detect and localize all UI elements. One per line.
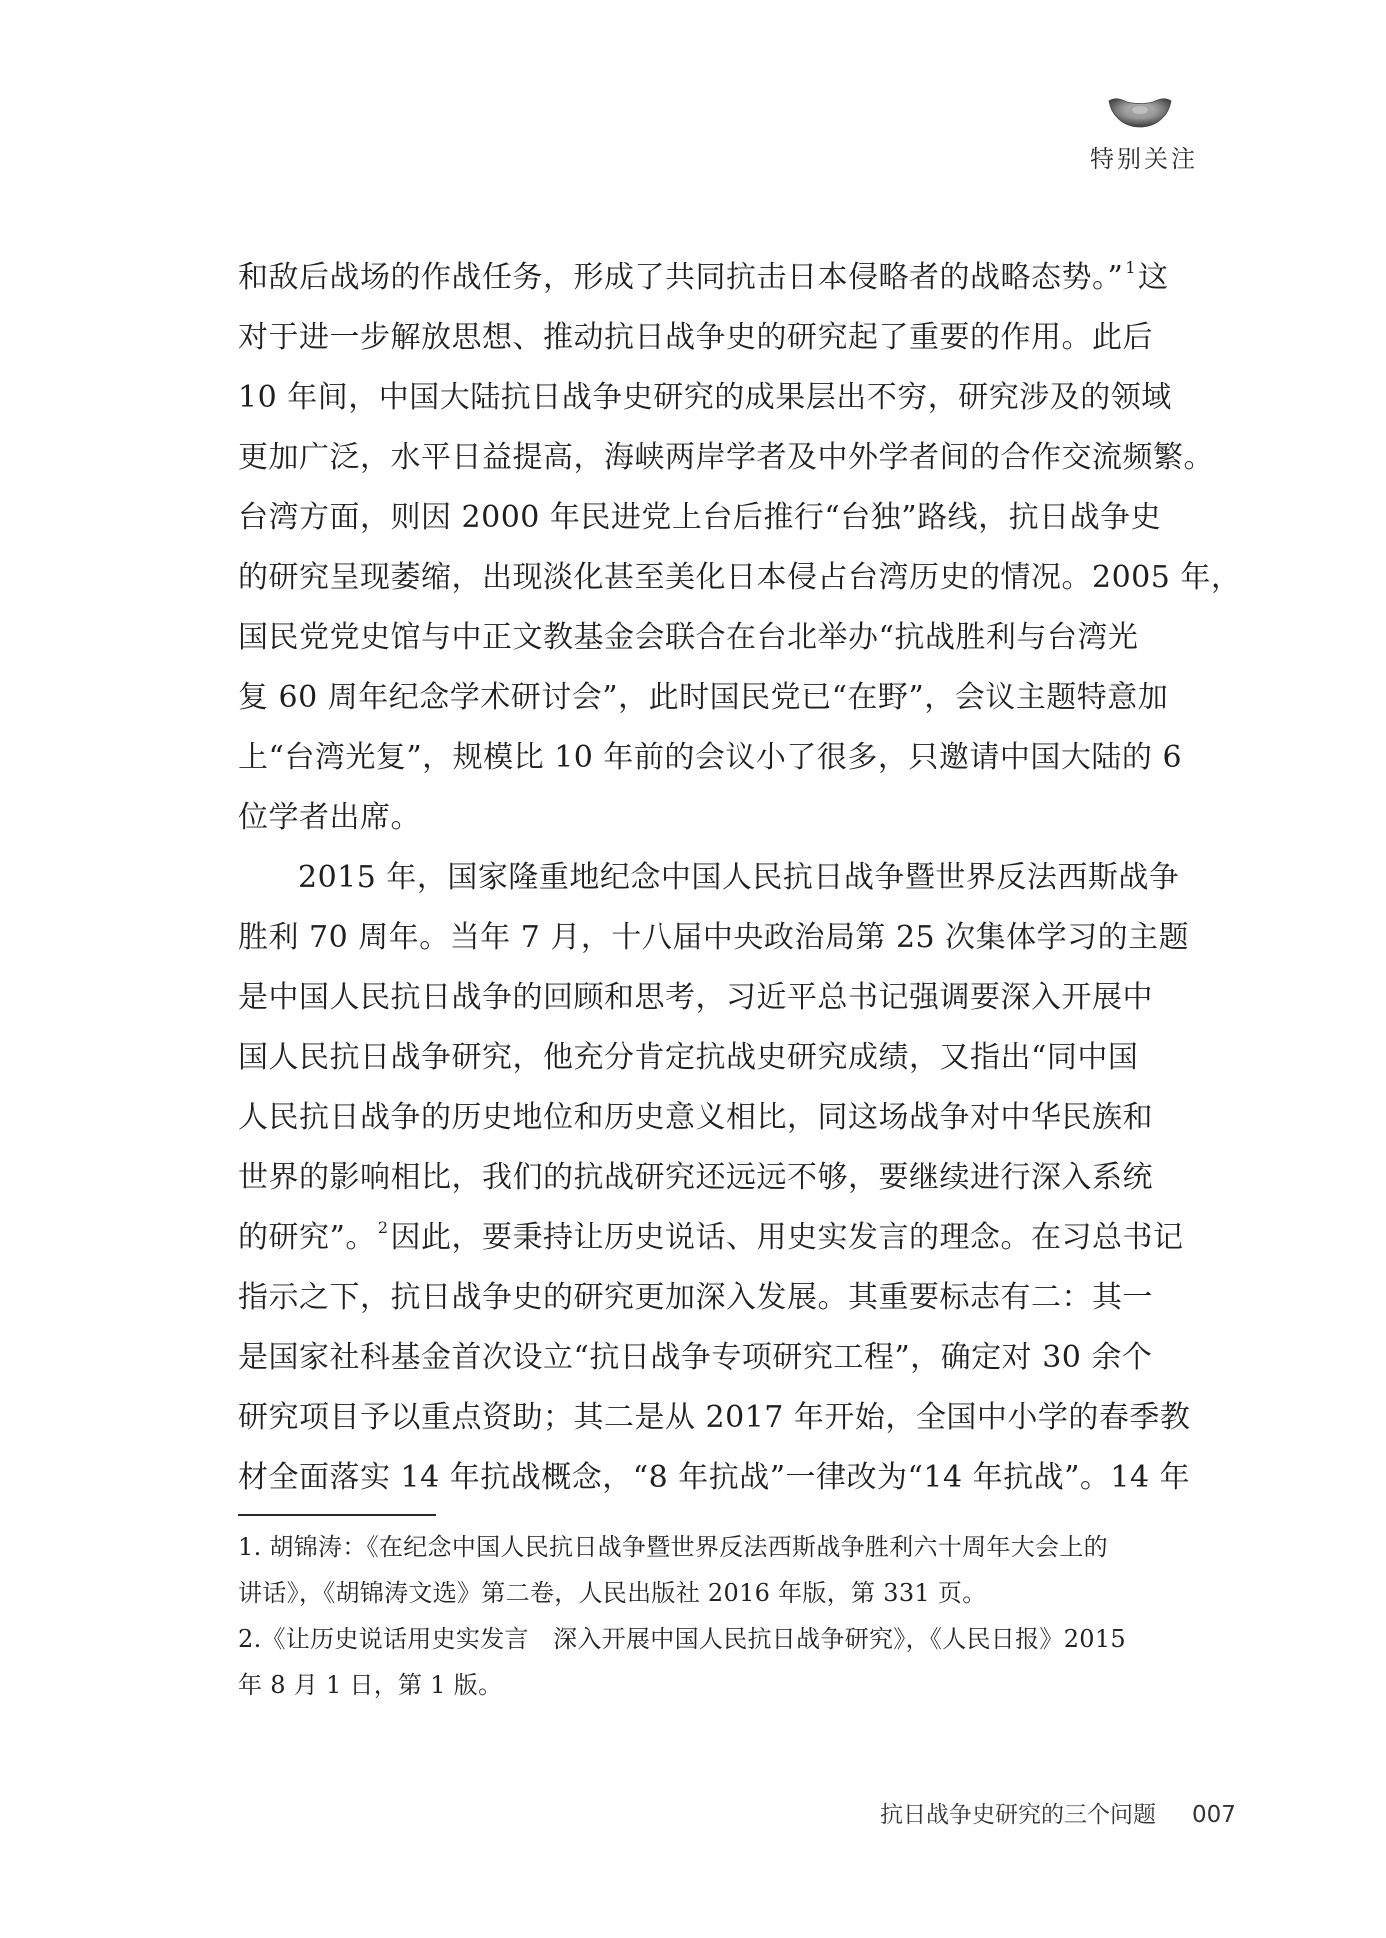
line-text: 这 <box>1138 260 1169 295</box>
text-line: 国民党党史馆与中正文教基金会联合在台北举办“抗战胜利与台湾光 <box>238 608 1168 668</box>
text-line: 对于进一步解放思想、推动抗日战争史的研究起了重要的作用。此后 <box>238 308 1168 368</box>
page-number: 007 <box>1192 1802 1236 1828</box>
footnote-line: 年 8 月 1 日，第 1 版。 <box>238 1662 1168 1708</box>
footnote-divider <box>238 1514 436 1516</box>
text-line: 人民抗日战争的历史地位和历史意义相比，同这场战争对中华民族和 <box>238 1088 1168 1148</box>
footnote-line: 2.《让历史说话用史实发言 深入开展中国人民抗日战争研究》，《人民日报》2015 <box>238 1616 1168 1662</box>
text-line: 世界的影响相比，我们的抗战研究还远远不够，要继续进行深入系统 <box>238 1148 1168 1208</box>
footnotes: 1. 胡锦涛：《在纪念中国人民抗日战争暨世界反法西斯战争胜利六十周年大会上的 讲… <box>238 1524 1168 1708</box>
footnote-ref[interactable]: 1 <box>1125 258 1136 277</box>
text-line: 位学者出席。 <box>238 788 1168 848</box>
text-line: 的研究呈现萎缩，出现淡化甚至美化日本侵占台湾历史的情况。2005 年， <box>238 548 1168 608</box>
line-text: 的研究”。 <box>238 1220 376 1255</box>
page-footer: 抗日战争史研究的三个问题007 <box>880 1796 1180 1829</box>
text-line: 10 年间，中国大陆抗日战争史研究的成果层出不穷，研究涉及的领域 <box>238 368 1168 428</box>
footnote-2: 2.《让历史说话用史实发言 深入开展中国人民抗日战争研究》，《人民日报》2015… <box>238 1616 1168 1708</box>
text-line: 更加广泛，水平日益提高，海峡两岸学者及中外学者间的合作交流频繁。 <box>238 428 1168 488</box>
page-header: 特别关注 <box>1090 95 1190 174</box>
running-title: 抗日战争史研究的三个问题 <box>880 1796 1156 1829</box>
text-line: 是国家社科基金首次设立“抗日战争专项研究工程”，确定对 30 余个 <box>238 1328 1168 1388</box>
text-line: 是中国人民抗日战争的回顾和思考，习近平总书记强调要深入开展中 <box>238 968 1168 1028</box>
footnote-line: 讲话》，《胡锦涛文选》第二卷，人民出版社 2016 年版，第 331 页。 <box>238 1570 1168 1616</box>
text-line: 的研究”。2因此，要秉持让历史说话、用史实发言的理念。在习总书记 <box>238 1208 1168 1268</box>
silver-ingot-icon <box>1107 95 1173 129</box>
footnote-1: 1. 胡锦涛：《在纪念中国人民抗日战争暨世界反法西斯战争胜利六十周年大会上的 讲… <box>238 1524 1168 1616</box>
footnote-line: 1. 胡锦涛：《在纪念中国人民抗日战争暨世界反法西斯战争胜利六十周年大会上的 <box>238 1524 1168 1570</box>
line-text: 因此，要秉持让历史说话、用史实发言的理念。在习总书记 <box>391 1220 1184 1255</box>
text-line: 复 60 周年纪念学术研讨会”，此时国民党已“在野”，会议主题特意加 <box>238 668 1168 728</box>
text-line: 指示之下，抗日战争史的研究更加深入发展。其重要标志有二：其一 <box>238 1268 1168 1328</box>
paragraph: 和敌后战场的作战任务，形成了共同抗击日本侵略者的战略态势。”1这 对于进一步解放… <box>238 248 1168 848</box>
text-line: 材全面落实 14 年抗战概念，“8 年抗战”一律改为“14 年抗战”。14 年 <box>238 1448 1168 1508</box>
text-line: 和敌后战场的作战任务，形成了共同抗击日本侵略者的战略态势。”1这 <box>238 248 1168 308</box>
text-line: 2015 年，国家隆重地纪念中国人民抗日战争暨世界反法西斯战争 <box>238 848 1168 908</box>
paragraph: 2015 年，国家隆重地纪念中国人民抗日战争暨世界反法西斯战争 胜利 70 周年… <box>238 848 1168 1508</box>
text-line: 上“台湾光复”，规模比 10 年前的会议小了很多，只邀请中国大陆的 6 <box>238 728 1168 788</box>
article-body: 和敌后战场的作战任务，形成了共同抗击日本侵略者的战略态势。”1这 对于进一步解放… <box>238 248 1168 1508</box>
footnote-ref[interactable]: 2 <box>378 1218 389 1237</box>
text-line: 国人民抗日战争研究，他充分肯定抗战史研究成绩，又指出“同中国 <box>238 1028 1168 1088</box>
text-line: 胜利 70 周年。当年 7 月，十八届中央政治局第 25 次集体学习的主题 <box>238 908 1168 968</box>
text-line: 研究项目予以重点资助；其二是从 2017 年开始，全国中小学的春季教 <box>238 1388 1168 1448</box>
line-text: 和敌后战场的作战任务，形成了共同抗击日本侵略者的战略态势。” <box>238 260 1123 295</box>
text-line: 台湾方面，则因 2000 年民进党上台后推行“台独”路线，抗日战争史 <box>238 488 1168 548</box>
section-label: 特别关注 <box>1090 139 1190 174</box>
